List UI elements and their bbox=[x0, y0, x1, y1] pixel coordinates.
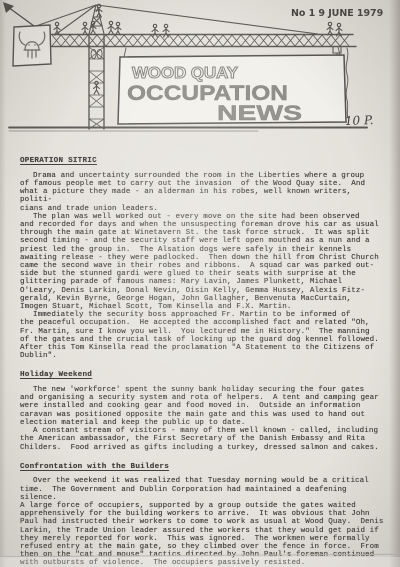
article-body: OPERATION SITRIC Drama and uncertainty s… bbox=[20, 157, 385, 567]
section-holiday-weekend: Holiday Weekend The new 'workforce' spen… bbox=[20, 371, 385, 451]
masthead-banner: WOOD QUAY OCCUPATION NEWS bbox=[118, 55, 346, 125]
paragraph: Over the weekend it was realized that Tu… bbox=[20, 477, 385, 567]
section-confrontation-builders: Confrontation with the Builders Over the… bbox=[20, 463, 385, 567]
price-label: 10 P. bbox=[345, 113, 374, 128]
banner-line-3: NEWS bbox=[217, 102, 302, 125]
pointer-arrow-icon bbox=[3, 2, 34, 26]
section-heading: Confrontation with the Builders bbox=[20, 463, 385, 471]
paragraph: The plan was well worked out - every mov… bbox=[20, 213, 385, 311]
section-operation-sitric: OPERATION SITRIC Drama and uncertainty s… bbox=[20, 157, 385, 360]
paragraph: Drama and uncertainty surrounded the roo… bbox=[20, 172, 385, 213]
paragraph: Immediately the security boss approached… bbox=[20, 311, 385, 360]
masthead: WOOD QUAY OCCUPATION NEWS No 1 9 JUNE 19… bbox=[0, 0, 400, 150]
crane-illustration: WOOD QUAY OCCUPATION NEWS No 1 9 JUNE 19… bbox=[0, 0, 400, 150]
hanging-rope bbox=[346, 48, 348, 118]
tower-mast bbox=[89, 36, 104, 129]
banner-line-1: WOOD QUAY bbox=[132, 65, 238, 82]
paragraph: A constant stream of visitors - many of … bbox=[20, 427, 385, 452]
section-heading: OPERATION SITRIC bbox=[20, 157, 385, 165]
viking-flag bbox=[13, 25, 51, 66]
section-heading: Holiday Weekend bbox=[20, 371, 385, 379]
paragraph: The new 'workforce' spent the sunny bank… bbox=[20, 386, 385, 427]
issue-number: No 1 9 JUNE 1979 bbox=[291, 8, 384, 19]
